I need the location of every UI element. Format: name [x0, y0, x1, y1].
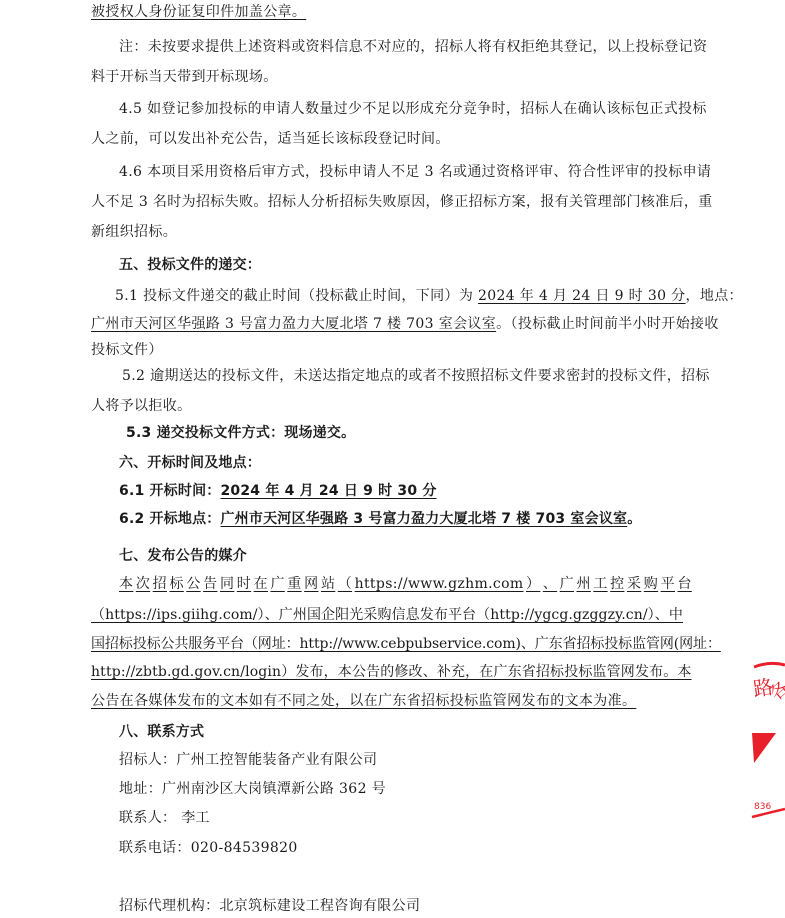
- media-line-1-token: 台: [677, 574, 691, 594]
- section-5-heading: 五、投标文件的递交：: [119, 255, 261, 275]
- media-line-1-token: 站: [321, 574, 335, 594]
- media-line-1-token: 广: [270, 574, 284, 594]
- address: 地址：广州南沙区大岗镇潭新公路 362 号: [119, 779, 386, 799]
- clause-5-1-line-1: 5.1 投标文件递交的截止时间（投标截止时间，下同）为 2024 年 4 月 2…: [115, 286, 743, 306]
- authorization-text: 被授权人身份证复印件加盖公章。: [91, 2, 306, 22]
- section-6-heading: 六、开标时间及地点：: [119, 453, 261, 473]
- official-seal-stamp: 路 各 836: [748, 655, 785, 825]
- clause-5-3: 5.3 递交投标文件方式：现场递交。: [126, 423, 355, 443]
- svg-text:836: 836: [754, 802, 771, 812]
- opening-location-end: 。: [627, 511, 641, 527]
- media-line-1-token: 次: [136, 574, 150, 594]
- media-line-1-token: 告: [203, 574, 217, 594]
- media-line-1-token: ）: [526, 574, 540, 594]
- clause-5-1-suffix: ，地点：: [686, 288, 743, 304]
- media-line-1-token: https://www.gzhm.com: [355, 574, 524, 594]
- clause-4-5-line-1: 4.5 如登记参加投标的申请人数量过少不足以形成充分竞争时，招标人在确认该标包正…: [119, 99, 707, 119]
- note-line-2: 料于开标当天带到开标现场。: [91, 67, 278, 87]
- clause-5-1-line-2: 广州市天河区华强路 3 号富力盈力大厦北塔 7 楼 703 室会议室。（投标截止…: [91, 314, 719, 334]
- media-line-4: http://zbtb.gd.gov.cn/login）发布，本公告的修改、补充…: [91, 662, 692, 682]
- clause-6-2: 6.2 开标地点：广州市天河区华强路 3 号富力盈力大厦北塔 7 楼 703 室…: [119, 509, 641, 529]
- clause-5-1-after: 。（投标截止时间前半小时开始接收: [496, 316, 719, 332]
- tender-agency: 招标代理机构：北京筑标建设工程咨询有限公司: [119, 896, 420, 916]
- media-line-1-token: 州: [576, 574, 590, 594]
- media-line-1-token: 本: [119, 574, 133, 594]
- document-page: 被授权人身份证复印件加盖公章。 注：未按要求提供上述资料或资料信息不对应的，招标…: [0, 0, 785, 918]
- note-line-1: 注：未按要求提供上述资料或资料信息不对应的，招标人将有权拒绝其登记，以上投标登记…: [119, 37, 707, 57]
- media-line-1-token: 同: [220, 574, 234, 594]
- submission-deadline: 2024 年 4 月 24 日 9 时 30 分: [478, 288, 686, 304]
- clause-5-1-line-3: 投标文件）: [91, 340, 163, 360]
- clause-4-6-line-1: 4.6 本项目采用资格后审方式，投标申请人不足 3 名或通过资格评审、符合性评审…: [119, 162, 711, 182]
- media-line-1-token: 时: [237, 574, 251, 594]
- media-line-5: 公告在各媒体发布的文本如有不同之处，以在广东省招标投标监管网发布的文本为准。: [91, 691, 636, 711]
- media-line-1: 本次招标公告同时在广重网站（https://www.gzhm.com）、广州工控…: [119, 574, 692, 594]
- clause-4-6-line-2: 人不足 3 名时为招标失败。招标人分析招标失败原因，修正招标方案，报有关管理部门…: [91, 192, 713, 212]
- contact-person: 联系人： 李工: [119, 808, 210, 828]
- opening-time-label: 6.1 开标时间：: [119, 483, 220, 499]
- opening-location-label: 6.2 开标地点：: [119, 511, 220, 527]
- clause-5-2-line-2: 人将予以拒收。: [91, 396, 191, 416]
- media-line-1-token: 公: [186, 574, 200, 594]
- media-line-1-token: 平: [661, 574, 675, 594]
- media-line-1-token: 购: [644, 574, 658, 594]
- submission-location: 广州市天河区华强路 3 号富力盈力大厦北塔 7 楼 703 室会议室: [91, 316, 496, 332]
- clause-5-1-prefix: 5.1 投标文件递交的截止时间（投标截止时间，下同）为: [115, 288, 478, 304]
- media-line-1-token: （: [338, 574, 352, 594]
- media-line-3: 国招标投标公共服务平台（网址：http://www.cebpubservice.…: [91, 634, 692, 654]
- media-line-2: （https://ips.giihg.com/）、广州国企阳光采购信息发布平台（…: [91, 605, 692, 625]
- media-line-1-token: 采: [627, 574, 641, 594]
- clause-4-6-line-3: 新组织招标。: [91, 222, 177, 242]
- media-line-1-token: 、: [543, 574, 557, 594]
- clause-6-1: 6.1 开标时间：2024 年 4 月 24 日 9 时 30 分: [119, 481, 437, 501]
- media-line-1-token: 招: [153, 574, 167, 594]
- media-line-1-token: 在: [254, 574, 268, 594]
- section-8-heading: 八、联系方式: [119, 722, 204, 742]
- opening-time-value: 2024 年 4 月 24 日 9 时 30 分: [220, 483, 436, 499]
- clause-4-5-line-2: 人之前，可以发出补充公告，适当延长该标段登记时间。: [91, 129, 450, 149]
- contact-phone: 联系电话：020-84539820: [119, 838, 298, 858]
- opening-location-value: 广州市天河区华强路 3 号富力盈力大厦北塔 7 楼 703 室会议室: [220, 511, 627, 527]
- section-7-heading: 七、发布公告的媒介: [119, 546, 247, 566]
- media-line-1-token: 广: [560, 574, 574, 594]
- tenderer: 招标人：广州工控智能装备产业有限公司: [119, 750, 377, 770]
- media-line-1-token: 工: [593, 574, 607, 594]
- media-line-1-token: 标: [169, 574, 183, 594]
- media-line-1-token: 网: [304, 574, 318, 594]
- clause-5-2-line-1: 5.2 逾期送达的投标文件，未送达指定地点的或者不按照招标文件要求密封的投标文件…: [122, 366, 710, 386]
- media-line-1-token: 重: [287, 574, 301, 594]
- media-line-1-token: 控: [610, 574, 624, 594]
